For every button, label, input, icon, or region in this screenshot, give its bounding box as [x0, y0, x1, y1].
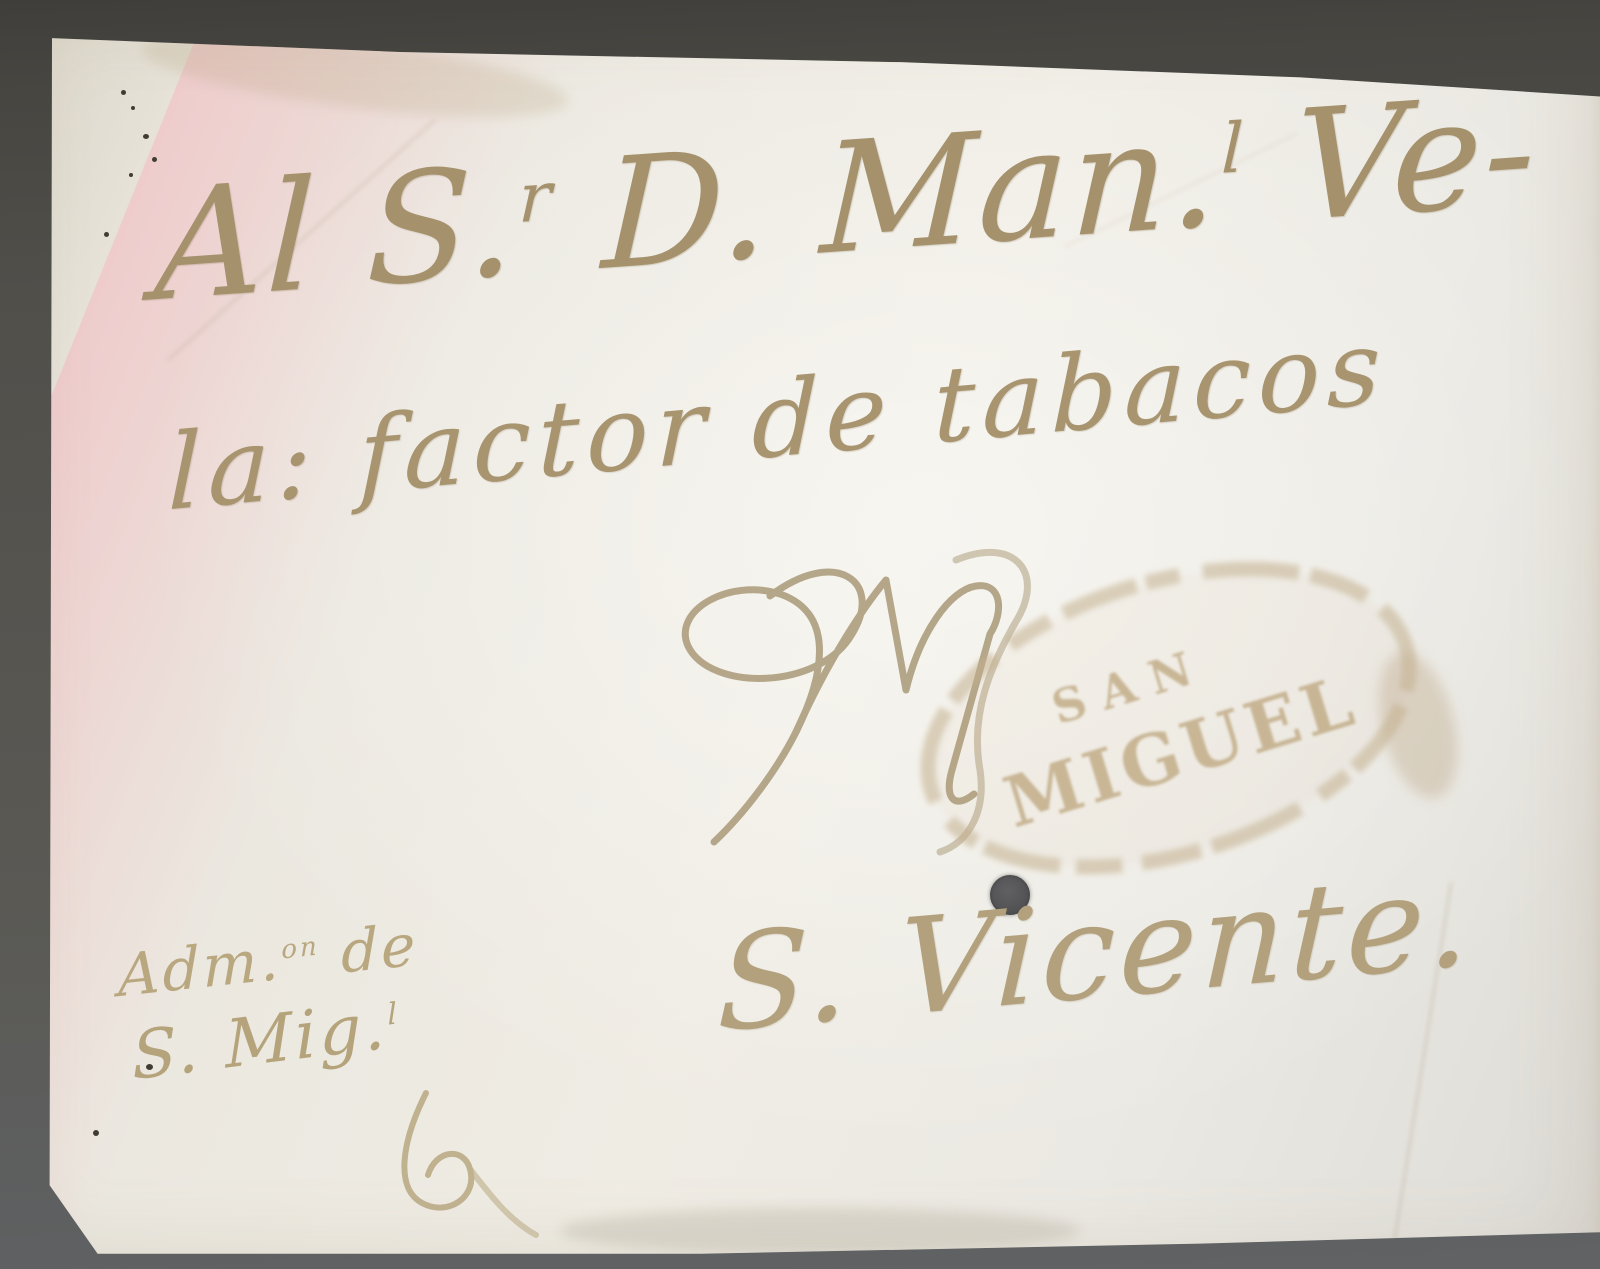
- ink-speck: [131, 106, 135, 110]
- ink-speck: [129, 173, 133, 177]
- stain: [560, 1208, 1080, 1254]
- address-line-1-text: Ve-: [1241, 61, 1540, 259]
- notation-flourish: [330, 1085, 580, 1255]
- ink-speck: [143, 134, 149, 139]
- address-line-1-text: D. Man.: [549, 83, 1223, 308]
- superscript-l: l: [1220, 109, 1247, 190]
- ink-speck: [104, 232, 109, 237]
- superscript-r: r: [517, 157, 554, 239]
- origin-notation-text: de: [319, 910, 419, 989]
- address-line-1-text: Al S.: [152, 132, 521, 335]
- superscript-l: l: [387, 996, 401, 1033]
- stain: [138, 16, 573, 134]
- origin-notation-text: Adm.: [117, 925, 282, 1010]
- superscript-on: on: [281, 931, 320, 965]
- envelope-paper: Al S.r D. Man.l Ve- la: factor de tabaco…: [0, 0, 1600, 1269]
- ink-speck: [152, 157, 157, 162]
- address-line-2: la: factor de tabacos: [167, 305, 1389, 534]
- ink-speck: [93, 1130, 99, 1136]
- ink-speck: [121, 90, 126, 95]
- ink-speck: [100, 20, 106, 26]
- photograph: Al S.r D. Man.l Ve- la: factor de tabaco…: [0, 0, 1600, 1269]
